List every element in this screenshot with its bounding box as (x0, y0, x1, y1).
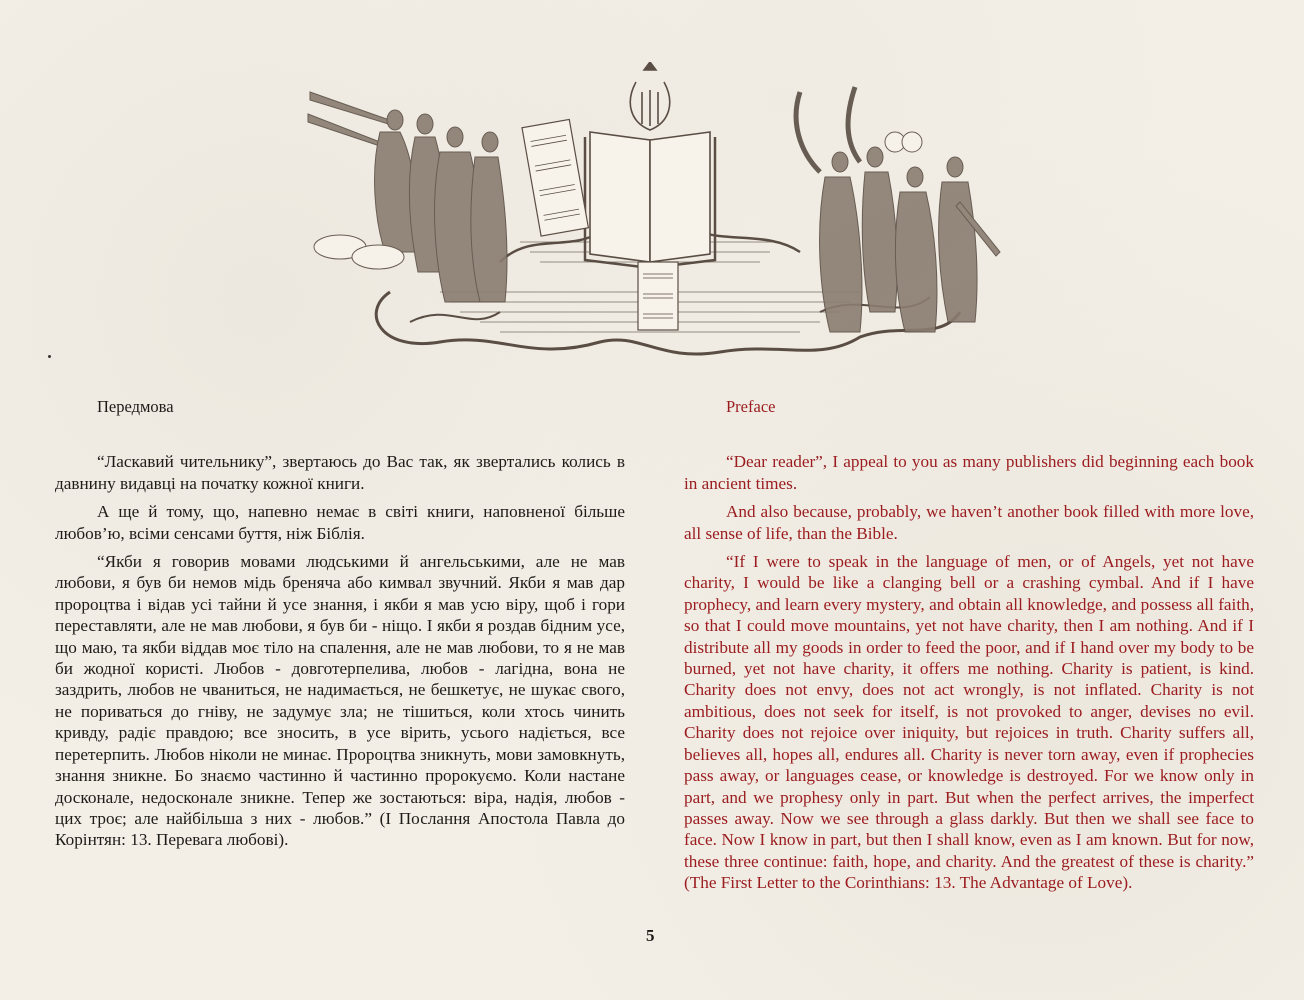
english-paragraph: And also because, probably, we haven’t a… (684, 501, 1254, 544)
baroque-engraving-illustration (300, 62, 1004, 362)
english-paragraph: “Dear reader”, I appeal to you as many p… (684, 451, 1254, 494)
ukrainian-paragraph: А ще й тому, що, напевно немає в світі к… (55, 501, 625, 544)
ukrainian-heading: Передмова (97, 396, 625, 417)
ukrainian-paragraph: “Якби я говорив мовами людськими й ангел… (55, 551, 625, 851)
page-number: 5 (646, 926, 655, 946)
english-text-column: Preface “Dear reader”, I appeal to you a… (684, 396, 1254, 901)
english-heading: Preface (726, 396, 1254, 417)
ukrainian-text-column: Передмова “Ласкавий чительнику”, звертаю… (55, 396, 625, 858)
english-paragraph: “If I were to speak in the language of m… (684, 551, 1254, 894)
paper-speck (48, 355, 51, 358)
ukrainian-paragraph: “Ласкавий чительнику”, звертаюсь до Вас … (55, 451, 625, 494)
